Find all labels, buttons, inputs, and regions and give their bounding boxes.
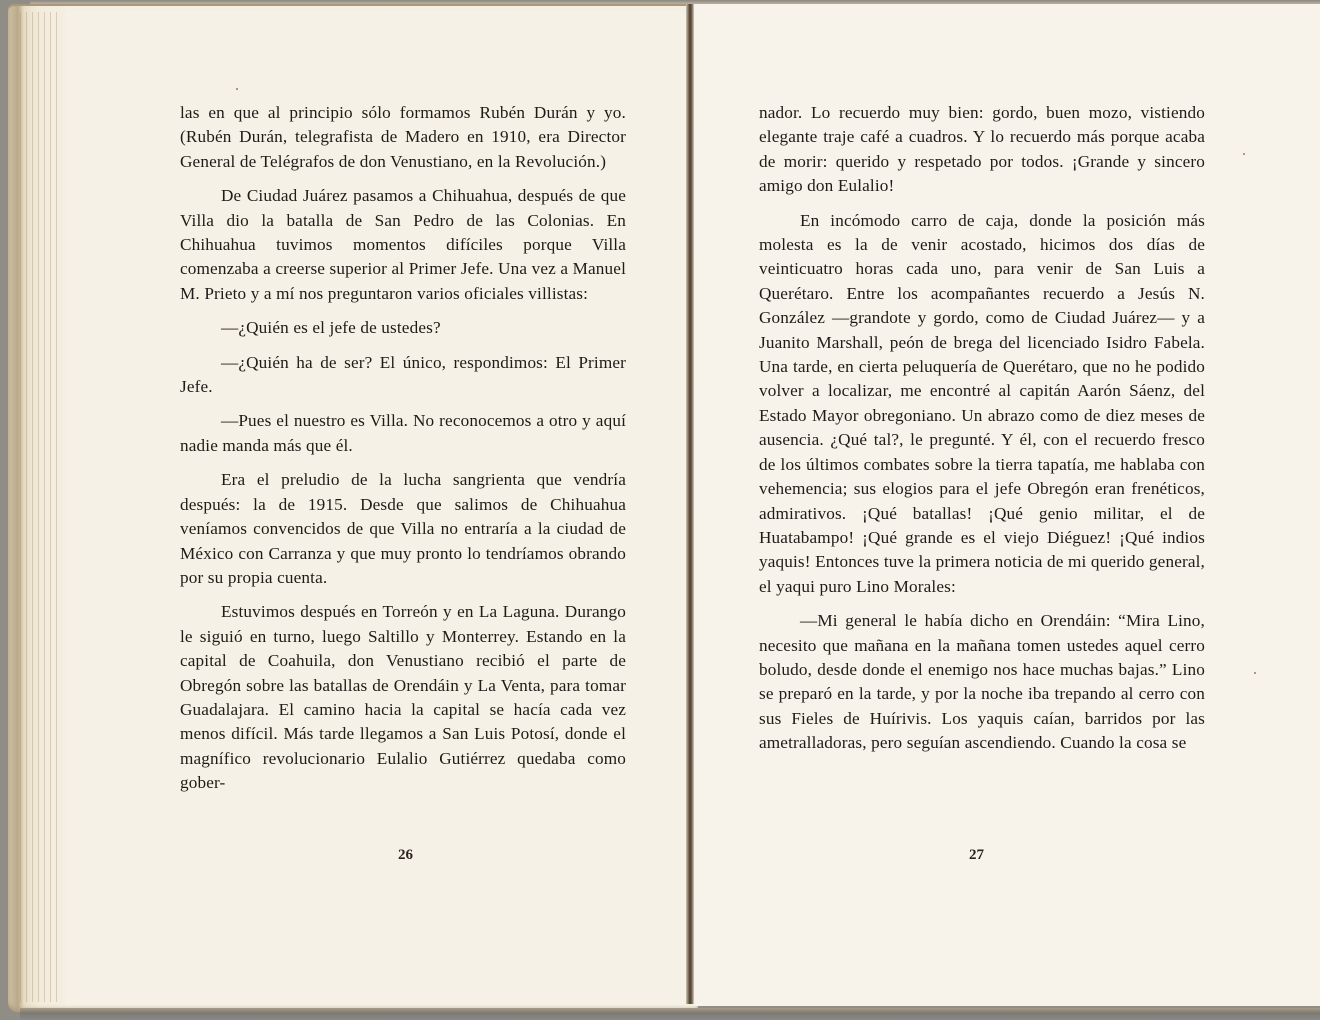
paragraph: En incómodo carro de caja, donde la posi… <box>759 209 1205 600</box>
bottom-edge-shadow <box>20 1008 1320 1020</box>
paragraph: nador. Lo recuerdo muy bien: gordo, buen… <box>759 101 1205 199</box>
book-gutter <box>686 4 694 1004</box>
book-scan: las en que al principio sólo formamos Ru… <box>0 0 1320 1020</box>
dialogue-line: —¿Quién ha de ser? El único, respondimos… <box>180 351 626 400</box>
left-page-text: las en que al principio sólo formamos Ru… <box>180 101 626 806</box>
paragraph: Era el preludio de la lucha sangrienta q… <box>180 468 626 590</box>
paragraph: las en que al principio sólo formamos Ru… <box>180 101 626 174</box>
dialogue-paragraph: —Mi general le había dicho en Orendáin: … <box>759 609 1205 755</box>
paragraph: Estuvimos después en Torreón y en La Lag… <box>180 600 626 795</box>
dialogue-line: —Pues el nuestro es Villa. No reconocemo… <box>180 409 626 458</box>
paper-speck <box>236 88 238 90</box>
paragraph: De Ciudad Juárez pasamos a Chihuahua, de… <box>180 184 626 306</box>
page-number-left: 26 <box>398 847 413 864</box>
paper-speck <box>1243 153 1245 155</box>
page-number-right: 27 <box>969 847 984 864</box>
page-edge-lines <box>20 12 60 1002</box>
dialogue-line: —¿Quién es el jefe de ustedes? <box>180 316 626 340</box>
right-page-text: nador. Lo recuerdo muy bien: gordo, buen… <box>759 101 1205 766</box>
paper-speck <box>1254 672 1256 674</box>
